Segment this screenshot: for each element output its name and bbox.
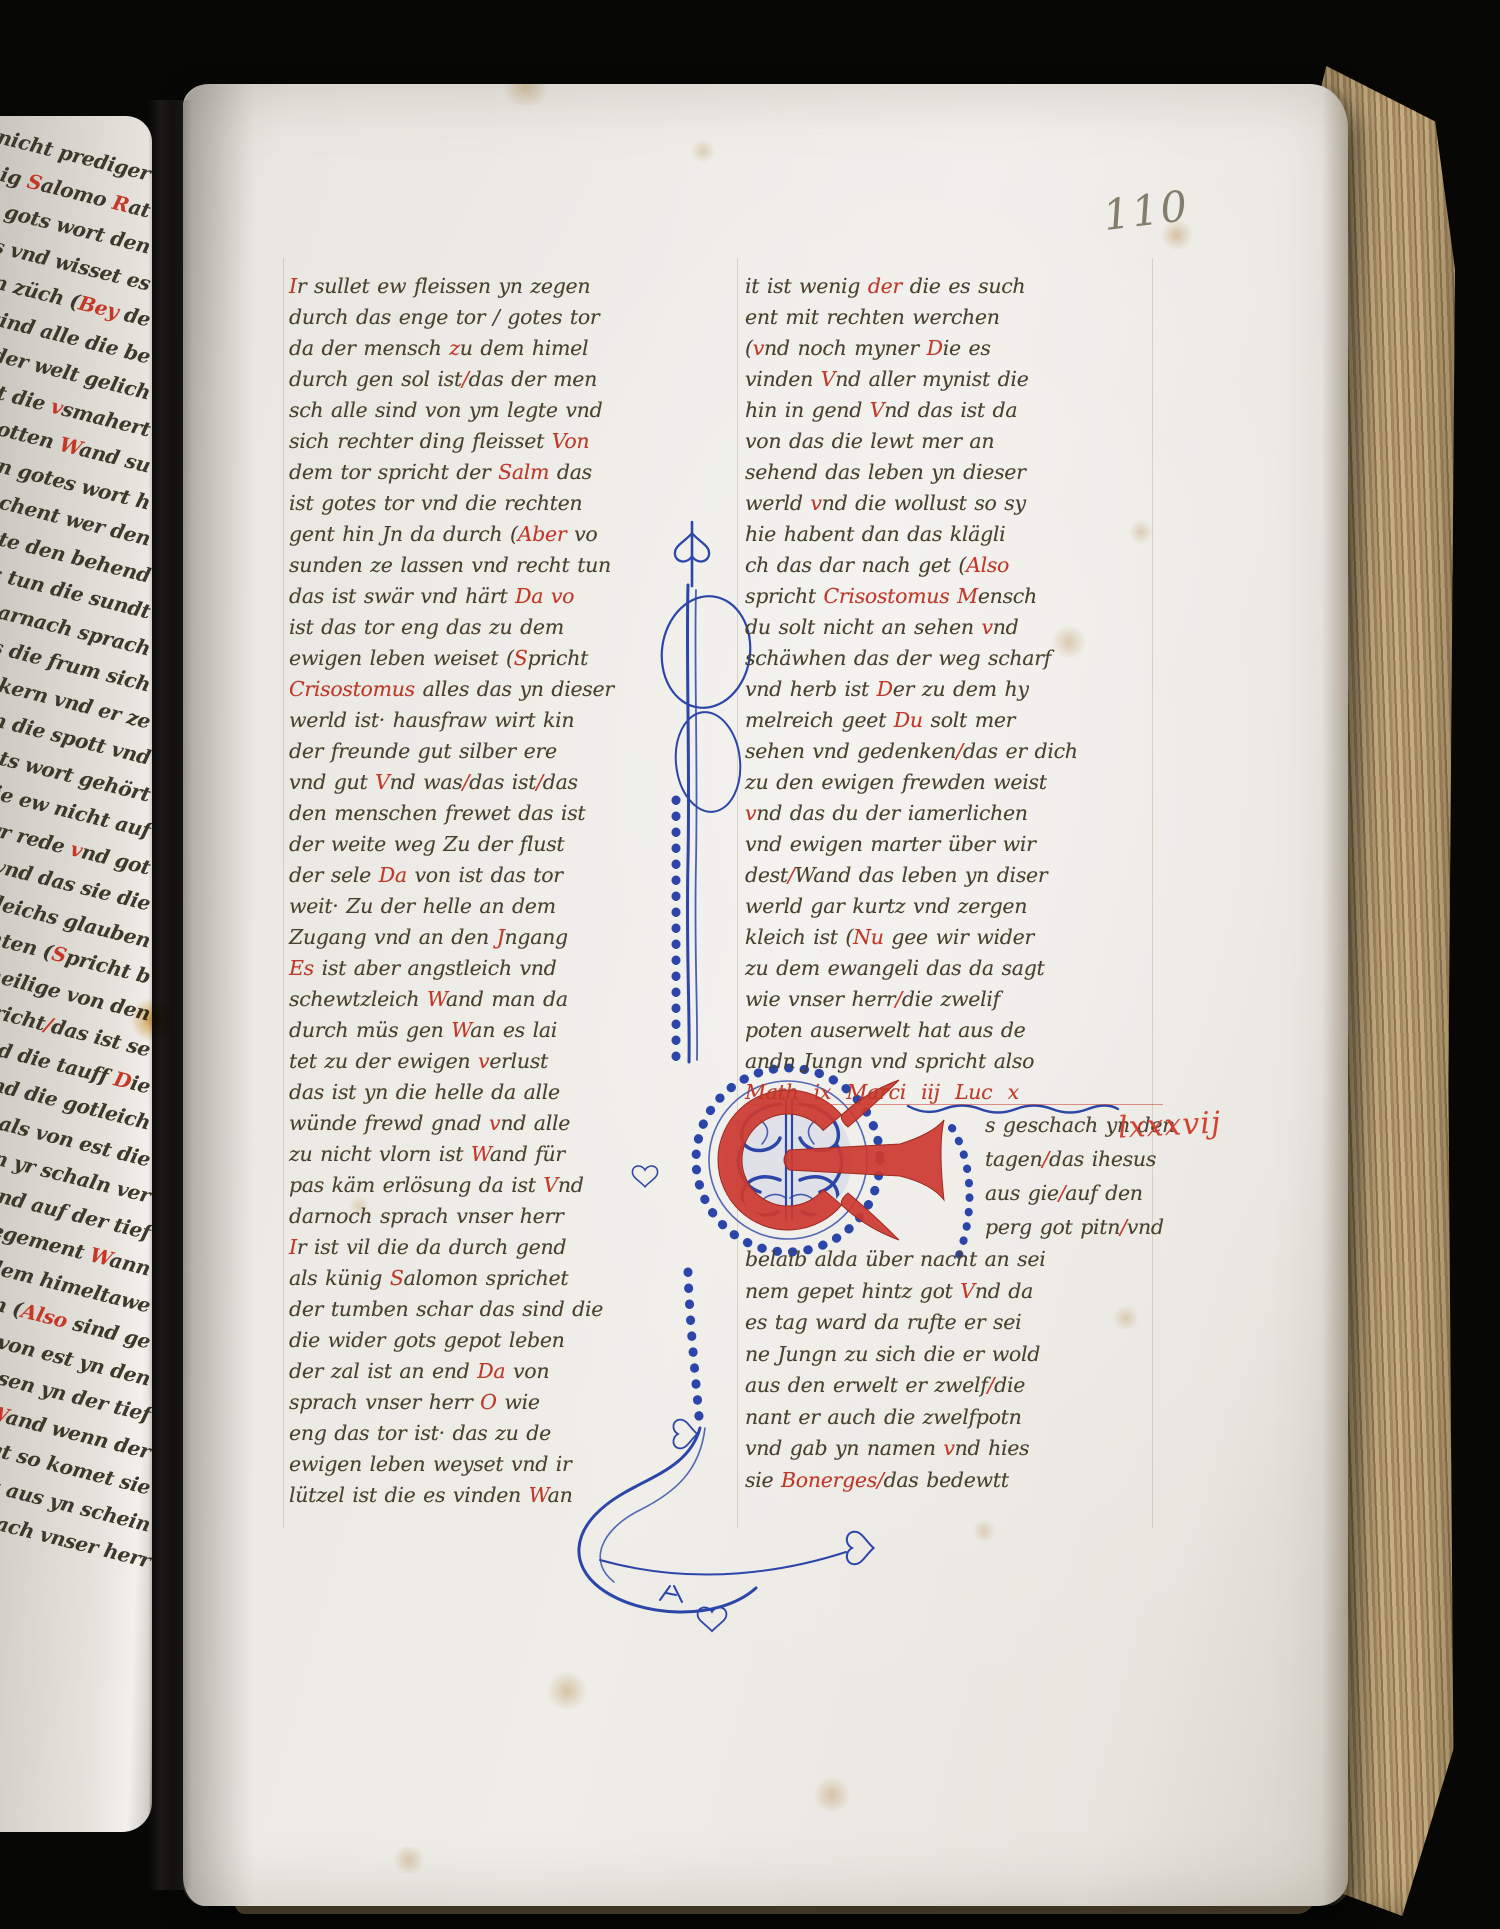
- text-line: schäwhen das der weg scharf: [745, 643, 1151, 674]
- text-line: vinden Vnd aller mynist die: [745, 364, 1151, 395]
- text-line: werld gar kurtz vnd zergen: [745, 891, 1151, 922]
- folio-number: 110: [1100, 181, 1192, 240]
- text-line: durch gen sol ist/das der men: [289, 364, 701, 395]
- text-line: Ir sullet ew fleissen yn zegen: [289, 271, 701, 302]
- text-line: vnd das du der iamerlichen: [745, 798, 1151, 829]
- text-line: sunden ze lassen vnd recht tun: [289, 550, 701, 581]
- text-line: vnd gut Vnd was/das ist/das: [289, 767, 701, 798]
- text-line: weit· Zu der helle an dem: [289, 891, 701, 922]
- text-line: Ir ist vil die da durch gend: [289, 1232, 701, 1263]
- text-line: kleich ist (Nu gee wir wider: [745, 922, 1151, 953]
- text-line: wünde frewd gnad vnd alle: [289, 1108, 701, 1139]
- text-line: ewigen leben weyset vnd ir: [289, 1449, 701, 1480]
- text-line: darnoch sprach vnser herr: [289, 1201, 701, 1232]
- text-line: zu dem ewangeli das da sagt: [745, 953, 1151, 984]
- text-line: den menschen frewet das ist: [289, 798, 701, 829]
- text-line: eng das tor ist· das zu de: [289, 1418, 701, 1449]
- text-column-left: Ir sullet ew fleissen yn zegendurch das …: [289, 271, 701, 1511]
- text-line: ist gotes tor vnd die rechten: [289, 488, 701, 519]
- text-line: du solt nicht an sehen vnd: [745, 612, 1151, 643]
- text-line: perg got pitn/vnd: [985, 1210, 1151, 1244]
- text-line: gent hin Jn da durch (Aber vo: [289, 519, 701, 550]
- text-line: it ist wenig der die es such: [745, 271, 1151, 302]
- text-line: andn Jungn vnd spricht also: [745, 1046, 1151, 1077]
- text-line: poten auserwelt hat aus de: [745, 1015, 1151, 1046]
- text-line: nem gepet hintz got Vnd da: [745, 1276, 1151, 1308]
- text-line: hin in gend Vnd das ist da: [745, 395, 1151, 426]
- text-line: wie vnser herr/die zwelif: [745, 984, 1151, 1015]
- text-line: ne Jungn zu sich die er wold: [745, 1339, 1151, 1371]
- text-line: als künig Salomon sprichet: [289, 1263, 701, 1294]
- text-line: vnd herb ist Der zu dem hy: [745, 674, 1151, 705]
- text-line: sehen vnd gedenken/das er dich: [745, 736, 1151, 767]
- text-line: tagen/das ihesus: [985, 1142, 1151, 1176]
- text-line: zu nicht vlorn ist Wand für: [289, 1139, 701, 1170]
- text-line: ch das dar nach get (Also: [745, 550, 1151, 581]
- text-beside-initial: s geschach yn dentagen/das ihesusaus gie…: [745, 1108, 1151, 1244]
- text-line: sie Bonerges/das bedewtt: [745, 1465, 1151, 1497]
- text-line: ent mit rechten werchen: [745, 302, 1151, 333]
- marginal-chapter-number: lxxxvij: [1117, 1105, 1222, 1145]
- text-line: der weite weg Zu der flust: [289, 829, 701, 860]
- text-line: tet zu der ewigen verlust: [289, 1046, 701, 1077]
- text-line: werld vnd die wollust so sy: [745, 488, 1151, 519]
- text-line: dem tor spricht der Salm das: [289, 457, 701, 488]
- text-line: nant er auch die zwelfpotn: [745, 1402, 1151, 1434]
- text-line: der zal ist an end Da von: [289, 1356, 701, 1387]
- text-line: das ist yn die helle da alle: [289, 1077, 701, 1108]
- text-line: pas käm erlösung da ist Vnd: [289, 1170, 701, 1201]
- right-column-lower-text: belaib alda über nacht an seinem gepet h…: [745, 1244, 1151, 1496]
- text-line: lützel ist die es vinden Wan: [289, 1480, 701, 1511]
- text-line: spricht Crisostomus Mensch: [745, 581, 1151, 612]
- text-line: von das die lewt mer an: [745, 426, 1151, 457]
- text-line: ewigen leben weiset (Spricht: [289, 643, 701, 674]
- text-column-right: it ist wenig der die es suchent mit rech…: [745, 271, 1151, 1496]
- text-line: vnd gab yn namen vnd hies: [745, 1433, 1151, 1465]
- text-line: Math ix Marci iij Luc x: [745, 1077, 1151, 1108]
- text-line: ist das tor eng das zu dem: [289, 612, 701, 643]
- text-line: durch müs gen Wan es lai: [289, 1015, 701, 1046]
- text-line: aus den erwelt er zwelf/die: [745, 1370, 1151, 1402]
- text-line: aus gie/auf den: [985, 1176, 1151, 1210]
- text-line: vnd ewigen marter über wir: [745, 829, 1151, 860]
- text-line: das ist swär vnd härt Da vo: [289, 581, 701, 612]
- text-line: die wider gots gepot leben: [289, 1325, 701, 1356]
- text-line: Zugang vnd an den Jngang: [289, 922, 701, 953]
- right-column-upper-text: it ist wenig der die es suchent mit rech…: [745, 271, 1151, 1077]
- text-line: werld ist· hausfraw wirt kin: [289, 705, 701, 736]
- text-line: sehend das leben yn dieser: [745, 457, 1151, 488]
- text-line: dest/Wand das leben yn diser: [745, 860, 1151, 891]
- text-line: Crisostomus alles das yn dieser: [289, 674, 701, 705]
- text-line: sich rechter ding fleisset Von: [289, 426, 701, 457]
- text-line: Es ist aber angstleich vnd: [289, 953, 701, 984]
- text-line: der freunde gut silber ere: [289, 736, 701, 767]
- text-line: belaib alda über nacht an sei: [745, 1244, 1151, 1276]
- text-line: der tumben schar das sind die: [289, 1294, 701, 1325]
- text-line: zu den ewigen frewden weist: [745, 767, 1151, 798]
- text-line: durch das enge tor / gotes tor: [289, 302, 701, 333]
- manuscript-photo: henden nicht predigerst künig Salomo Rat…: [0, 0, 1500, 1929]
- text-line: (vnd noch myner Die es: [745, 333, 1151, 364]
- text-line: es tag ward da rufte er sei: [745, 1307, 1151, 1339]
- text-line: da der mensch zu dem himel: [289, 333, 701, 364]
- text-line: sch alle sind von ym legte vnd: [289, 395, 701, 426]
- rubric-line: Math ix Marci iij Luc x: [745, 1077, 1151, 1108]
- text-line: hie habent dan das klägli: [745, 519, 1151, 550]
- text-line: der sele Da von ist das tor: [289, 860, 701, 891]
- text-line: melreich geet Du solt mer: [745, 705, 1151, 736]
- text-line: sprach vnser herr O wie: [289, 1387, 701, 1418]
- text-line: schewtzleich Wand man da: [289, 984, 701, 1015]
